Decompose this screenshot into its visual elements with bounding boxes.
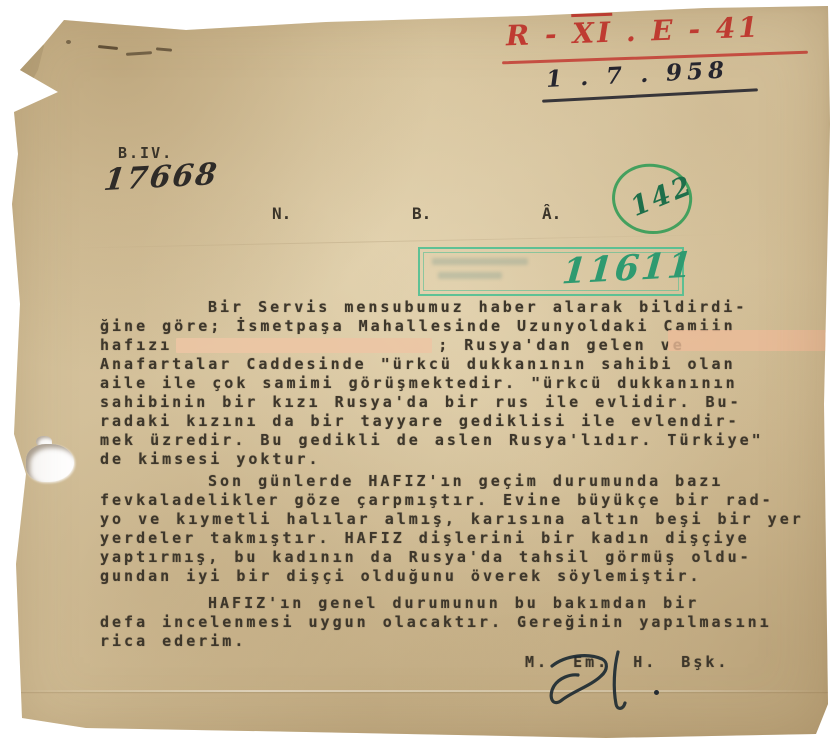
header-initial-b: B.	[412, 204, 431, 223]
stamp-ink-smudge	[432, 258, 528, 265]
text-line: Son günlerde HAFIZ'ın geçim durumunda ba…	[100, 472, 824, 491]
paper-speck	[66, 40, 71, 44]
file-number-handwritten: 17668	[102, 157, 221, 198]
text-line: HAFIZ'ın genel durumunun bu bakımdan bir	[100, 594, 824, 613]
redaction-bar	[668, 330, 836, 351]
header-initial-a: Â.	[542, 204, 561, 223]
torn-corner-scrap	[8, 30, 50, 88]
text-line: Bir Servis mensubumuz haber alarak bildi…	[100, 298, 824, 317]
paper-crease	[6, 690, 832, 692]
text-line: yerdeler takmıştır. HAFIZ dişlerini bir …	[100, 529, 824, 548]
signature-scribble	[546, 650, 656, 716]
text-line: defa incelenmesi uygun olacaktır. Gereği…	[100, 613, 824, 632]
stamp-ink-smudge	[438, 272, 502, 279]
text-fragment: hafızı	[100, 336, 172, 354]
text-line: mek üzredir. Bu gedikli de aslen Rusya'l…	[100, 431, 824, 450]
registry-number-handwritten: 11611	[560, 244, 695, 292]
paragraph: Bir Servis mensubumuz haber alarak bildi…	[100, 298, 824, 469]
paragraph: HAFIZ'ın genel durumunun bu bakımdan bir…	[100, 594, 824, 651]
text-line: de kimsesi yoktur.	[100, 450, 824, 469]
paper-sheet: R - XI . E - 41 1 . 7 . 958 B.IV. 17668 …	[6, 4, 832, 741]
text-line: aile ile çok samimi görüşmektedir. "ürkc…	[100, 374, 824, 393]
paragraph: Son günlerde HAFIZ'ın geçim durumunda ba…	[100, 472, 824, 586]
text-line: radaki kızını da bir tayyare gediklisi i…	[100, 412, 824, 431]
circled-page-number: 142	[607, 158, 698, 241]
page-number: 142	[626, 170, 698, 223]
text-line: fevkaladelikler göze çarpmıştır. Evine b…	[100, 491, 824, 510]
paper-tear-mark	[98, 45, 118, 50]
archive-ref-roman-numeral: XI	[572, 13, 614, 50]
scanned-document-page: R - XI . E - 41 1 . 7 . 958 B.IV. 17668 …	[0, 0, 838, 745]
text-line: gundan iyi bir dişçi olduğunu överek söy…	[100, 567, 824, 586]
archive-ref-prefix: R -	[505, 18, 560, 53]
paper-tear-mark	[126, 51, 152, 56]
header-initial-n: N.	[272, 204, 291, 223]
text-line: Anafartalar Caddesinde "ürkcü dukkanının…	[100, 355, 824, 374]
text-fragment: ; Rusya'dan gelen ve	[438, 336, 685, 354]
text-line: yo ve kıymetli halılar almış, karısına a…	[100, 510, 824, 529]
text-line: rica ederim.	[100, 632, 824, 651]
signature-period	[654, 690, 659, 695]
archive-ref-suffix: . E - 41	[625, 11, 761, 49]
text-line: yaptırmış, bu kadının da Rusya'da tahsil…	[100, 548, 824, 567]
text-line: sahibinin bir kızı Rusya'da bir rus ile …	[100, 393, 824, 412]
punch-hole	[26, 444, 74, 482]
redaction-bar	[176, 338, 432, 353]
paper-tear-mark	[156, 47, 172, 51]
